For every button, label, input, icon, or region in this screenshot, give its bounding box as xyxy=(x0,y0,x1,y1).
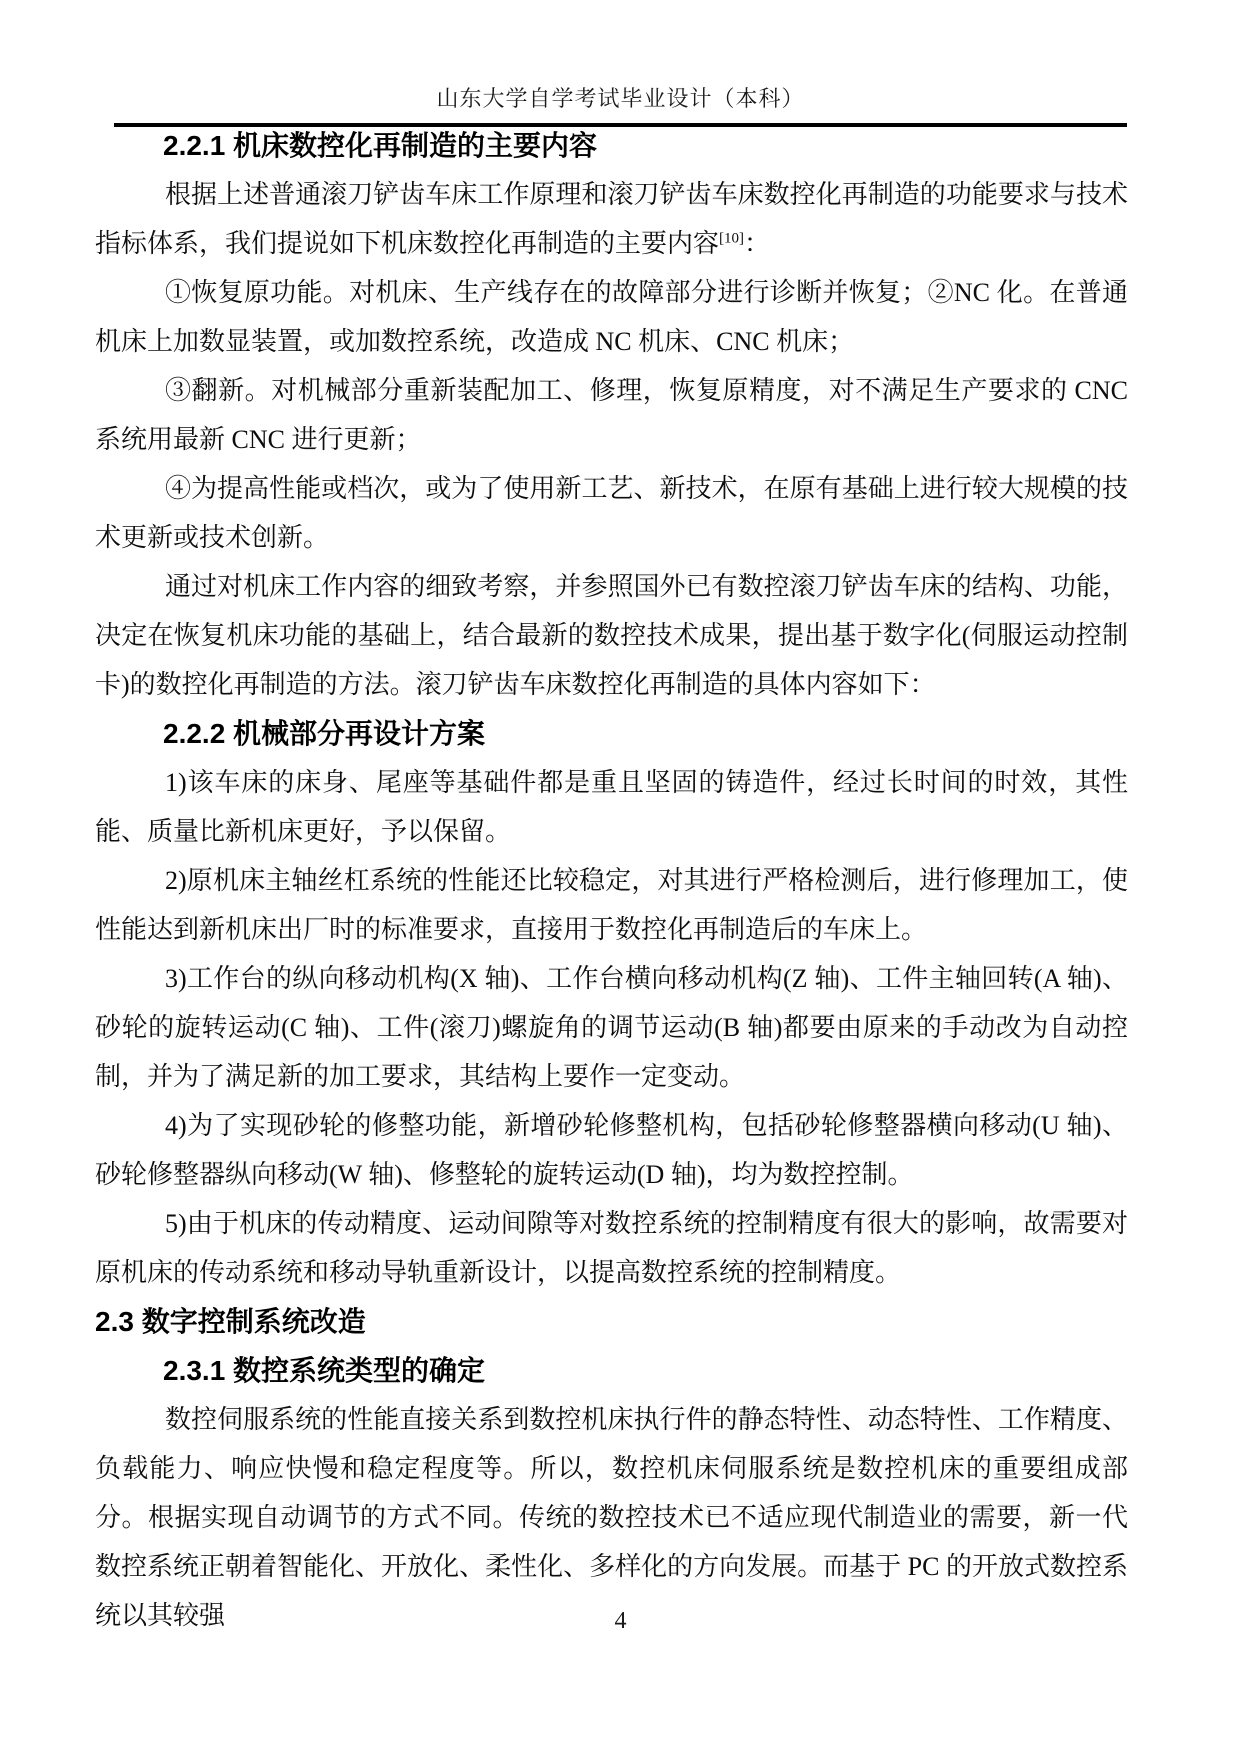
paragraph-point-5: 5)由于机床的传动精度、运动间隙等对数控系统的控制精度有很大的影响，故需要对原机… xyxy=(95,1199,1128,1297)
document-page: 山东大学自学考试毕业设计（本科） 2.2.1 机床数控化再制造的主要内容 根据上… xyxy=(0,0,1241,1754)
heading-2-3-1: 2.3.1 数控系统类型的确定 xyxy=(95,1346,1128,1395)
footnote-reference: [10] xyxy=(719,230,744,246)
paragraph-summary: 通过对机床工作内容的细致考察，并参照国外已有数控滚刀铲齿车床的结构、功能，决定在… xyxy=(95,562,1128,709)
paragraph-servo-intro: 数控伺服系统的性能直接关系到数控机床执行件的静态特性、动态特性、工作精度、负载能… xyxy=(95,1395,1128,1640)
heading-2-2-2: 2.2.2 机械部分再设计方案 xyxy=(95,709,1128,758)
document-body: 2.2.1 机床数控化再制造的主要内容 根据上述普通滚刀铲齿车床工作原理和滚刀铲… xyxy=(95,121,1128,1640)
heading-2-3: 2.3 数字控制系统改造 xyxy=(95,1297,1128,1346)
page-number: 4 xyxy=(0,1608,1241,1635)
paragraph-text: ： xyxy=(744,229,770,258)
paragraph-text: 根据上述普通滚刀铲齿车床工作原理和滚刀铲齿车床数控化再制造的功能要求与技术指标体… xyxy=(95,180,1128,258)
paragraph-point-4: 4)为了实现砂轮的修整功能，新增砂轮修整机构，包括砂轮修整器横向移动(U 轴)、… xyxy=(95,1101,1128,1199)
paragraph-intro: 根据上述普通滚刀铲齿车床工作原理和滚刀铲齿车床数控化再制造的功能要求与技术指标体… xyxy=(95,170,1128,268)
heading-2-2-1: 2.2.1 机床数控化再制造的主要内容 xyxy=(95,121,1128,170)
paragraph-point-2: 2)原机床主轴丝杠系统的性能还比较稳定，对其进行严格检测后，进行修理加工，使性能… xyxy=(95,856,1128,954)
paragraph-item-1-2: ①恢复原功能。对机床、生产线存在的故障部分进行诊断并恢复；②NC 化。在普通机床… xyxy=(95,268,1128,366)
page-header-title: 山东大学自学考试毕业设计（本科） xyxy=(0,82,1241,113)
paragraph-item-3: ③翻新。对机械部分重新装配加工、修理，恢复原精度，对不满足生产要求的 CNC 系… xyxy=(95,366,1128,464)
paragraph-point-1: 1)该车床的床身、尾座等基础件都是重且坚固的铸造件，经过长时间的时效，其性能、质… xyxy=(95,758,1128,856)
paragraph-item-4: ④为提高性能或档次，或为了使用新工艺、新技术，在原有基础上进行较大规模的技术更新… xyxy=(95,464,1128,562)
paragraph-point-3: 3)工作台的纵向移动机构(X 轴)、工作台横向移动机构(Z 轴)、工件主轴回转(… xyxy=(95,954,1128,1101)
